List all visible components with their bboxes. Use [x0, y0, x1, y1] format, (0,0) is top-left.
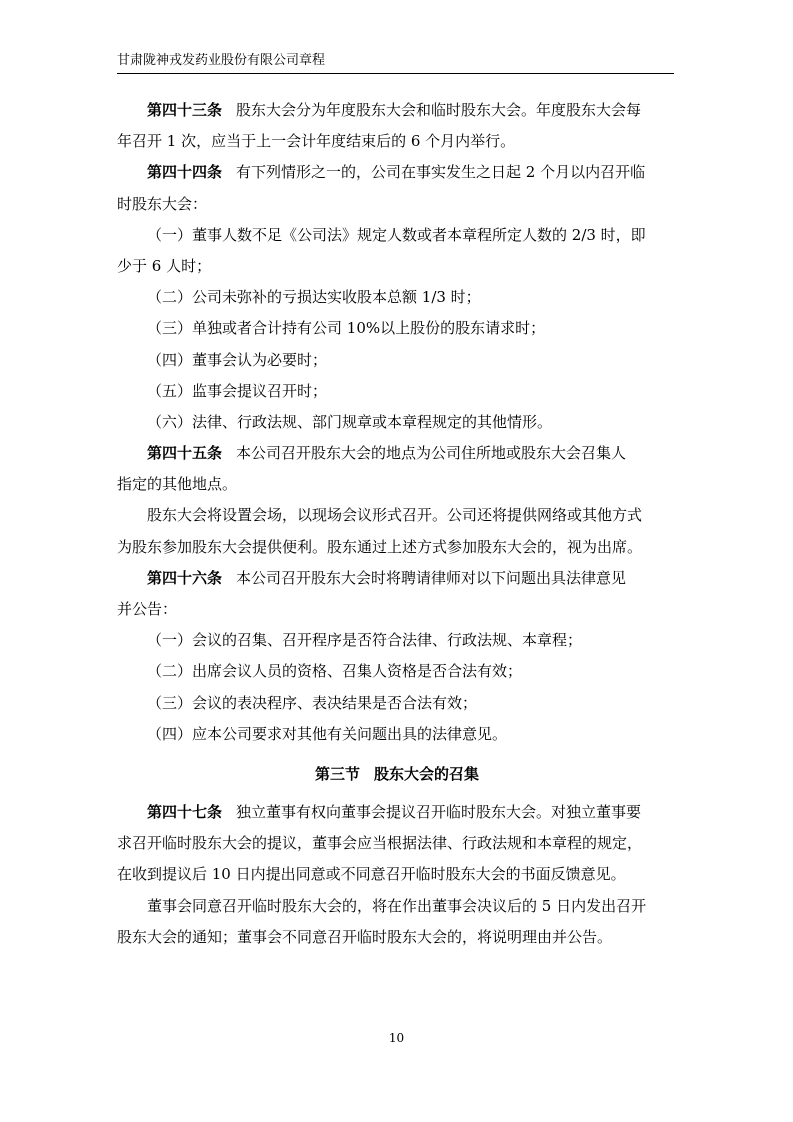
header-divider	[117, 73, 674, 74]
page-number: 10	[0, 1031, 793, 1045]
article-47-number: 第四十七条	[147, 803, 222, 821]
article-44-item-5: （五）监事会提议召开时；	[117, 376, 677, 407]
article-46-item-3: （三）会议的表决程序、表决结果是否合法有效；	[117, 688, 677, 719]
article-45-number: 第四十五条	[147, 444, 222, 462]
article-44-item-4: （四）董事会认为必要时；	[117, 345, 677, 376]
article-47-para-2-line-2: 股东大会的通知；董事会不同意召开临时股东大会的，将说明理由并公告。	[117, 922, 677, 953]
article-43-line-1: 第四十三条股东大会分为年度股东大会和临时股东大会。年度股东大会每	[117, 95, 677, 126]
article-44-number: 第四十四条	[147, 163, 222, 181]
article-43-line-2: 年召开 1 次，应当于上一会计年度结束后的 6 个月内举行。	[117, 126, 677, 157]
section-heading: 第三节股东大会的召集	[117, 750, 677, 797]
article-47-para-2-line-1: 董事会同意召开临时股东大会的，将在作出董事会决议后的 5 日内发出召开	[117, 891, 677, 922]
article-44-item-6: （六）法律、行政法规、部门规章或本章程规定的其他情形。	[117, 407, 677, 438]
article-46-number: 第四十六条	[147, 569, 222, 587]
article-43-number: 第四十三条	[147, 101, 222, 119]
article-44-item-3: （三）单独或者合计持有公司 10%以上股份的股东请求时；	[117, 313, 677, 344]
article-44-item-1-cont: 少于 6 人时；	[117, 251, 677, 282]
document-body: 第四十三条股东大会分为年度股东大会和临时股东大会。年度股东大会每 年召开 1 次…	[117, 95, 677, 953]
article-44-line-1: 第四十四条有下列情形之一的，公司在事实发生之日起 2 个月以内召开临	[117, 157, 677, 188]
section-title: 股东大会的召集	[374, 765, 479, 783]
article-44-item-1: （一）董事人数不足《公司法》规定人数或者本章程所定人数的 2/3 时，即	[117, 220, 677, 251]
article-46-item-1: （一）会议的召集、召开程序是否符合法律、行政法规、本章程；	[117, 625, 677, 656]
article-44-item-2: （二）公司未弥补的亏损达实收股本总额 1/3 时；	[117, 282, 677, 313]
article-44-line-2: 时股东大会：	[117, 189, 677, 220]
article-47-line-2: 求召开临时股东大会的提议，董事会应当根据法律、行政法规和本章程的规定，	[117, 828, 677, 859]
article-46-item-4: （四）应本公司要求对其他有关问题出具的法律意见。	[117, 719, 677, 750]
header-title: 甘肃陇神戎发药业股份有限公司章程	[117, 52, 674, 70]
article-46-line-2: 并公告：	[117, 594, 677, 625]
article-46-item-2: （二）出席会议人员的资格、召集人资格是否合法有效；	[117, 656, 677, 687]
article-46-line-1: 第四十六条本公司召开股东大会时将聘请律师对以下问题出具法律意见	[117, 563, 677, 594]
article-47-line-3: 在收到提议后 10 日内提出同意或不同意召开临时股东大会的书面反馈意见。	[117, 859, 677, 890]
article-45-line-1: 第四十五条本公司召开股东大会的地点为公司住所地或股东大会召集人	[117, 438, 677, 469]
article-45-para-2-line-2: 为股东参加股东大会提供便利。股东通过上述方式参加股东大会的，视为出席。	[117, 532, 677, 563]
section-number: 第三节	[315, 765, 360, 783]
article-45-para-2-line-1: 股东大会将设置会场，以现场会议形式召开。公司还将提供网络或其他方式	[117, 500, 677, 531]
article-47-line-1: 第四十七条独立董事有权向董事会提议召开临时股东大会。对独立董事要	[117, 797, 677, 828]
article-45-line-2: 指定的其他地点。	[117, 469, 677, 500]
